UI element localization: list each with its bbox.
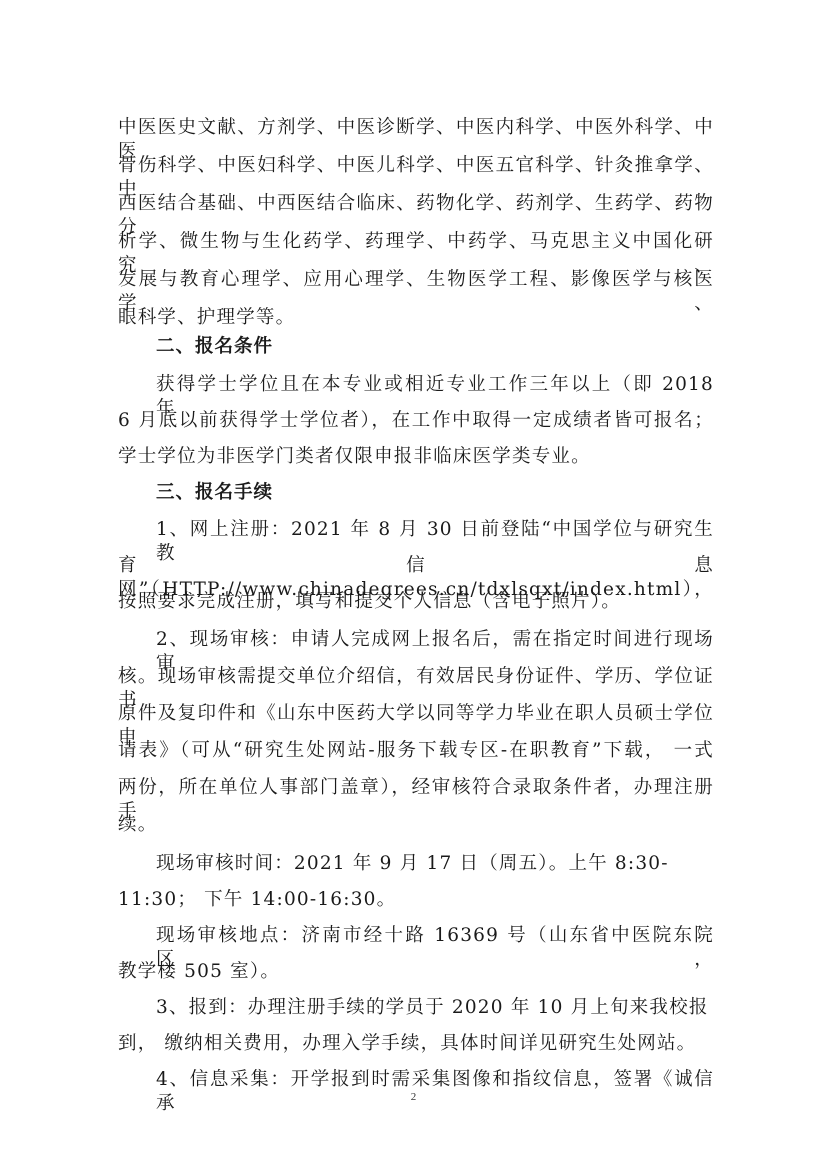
paragraph-line: 请表》（可从“研究生处网站-服务下载专区-在职教育”下载， 一式 bbox=[118, 739, 714, 763]
paragraph-line: 学士学位为非医学门类者仅限申报非临床医学类专业。 bbox=[118, 445, 714, 469]
paragraph-line: 续。 bbox=[118, 813, 714, 837]
paragraph-line: 11:30； 下午 14:00-16:30。 bbox=[118, 888, 714, 912]
paragraph-line: 眼科学、护理学等。 bbox=[118, 306, 714, 330]
section-heading: 二、报名条件 bbox=[156, 335, 714, 359]
paragraph-line: 6 月底以前获得学士学位者），在工作中取得一定成绩者皆可报名； bbox=[118, 409, 714, 433]
paragraph-line: 教学楼 505 室）。 bbox=[118, 960, 714, 984]
paragraph-line: 3、报到：办理注册手续的学员于 2020 年 10 月上旬来我校报 bbox=[156, 996, 714, 1020]
page-number: 2 bbox=[0, 1091, 827, 1103]
section-heading: 三、报名手续 bbox=[156, 481, 714, 505]
paragraph-line: 现场审核时间：2021 年 9 月 17 日（周五）。上午 8:30- bbox=[156, 852, 714, 876]
paragraph-line: 按照要求完成注册，填写和提交个人信息（含电子照片）。 bbox=[118, 590, 714, 614]
paragraph-line: 到， 缴纳相关费用，办理入学手续，具体时间详见研究生处网站。 bbox=[118, 1032, 714, 1056]
